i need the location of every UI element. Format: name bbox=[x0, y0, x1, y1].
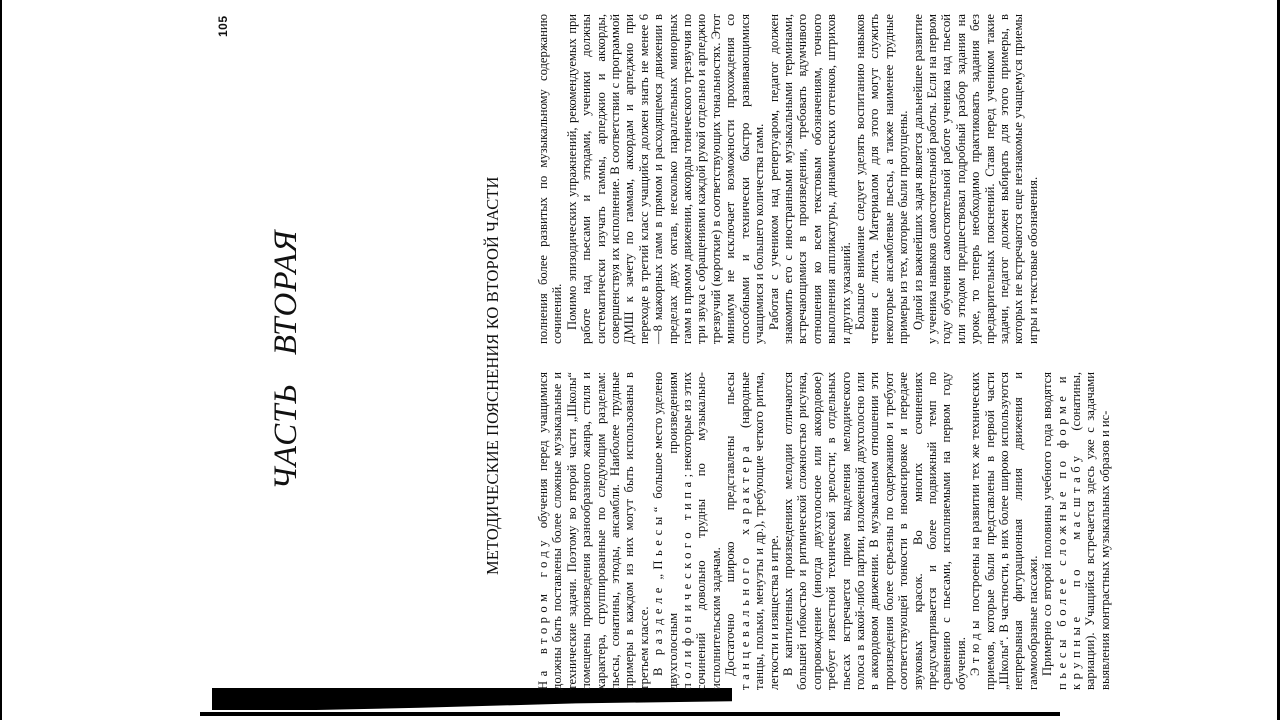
part-title-word-2: ВТОРАЯ bbox=[268, 230, 304, 356]
paragraph: В разделе „Пьесы“ большое место уделено … bbox=[651, 372, 723, 690]
paragraph: На втором году обучения перед учащимися … bbox=[536, 372, 651, 690]
paragraph: В кантиленных произведениях мелодии отли… bbox=[781, 372, 968, 690]
scanned-book-page: 105 ЧАСТЬВТОРАЯ МЕТОДИЧЕСКИЕ ПОЯСНЕНИЯ К… bbox=[200, 0, 1080, 720]
paragraph-text: Примерно со второй половины учебного год… bbox=[1040, 372, 1054, 676]
binding-shadow-line bbox=[200, 712, 1060, 716]
paragraph: Примерно со второй половины учебного год… bbox=[1040, 372, 1112, 690]
text-column-right: полнения более развитых по музыкальному … bbox=[536, 14, 1040, 344]
paragraph-text: обучения перед учащимися должны быть пос… bbox=[536, 372, 651, 690]
paragraph: Большое внимание следует уделять воспита… bbox=[853, 14, 911, 344]
page-number: 105 bbox=[216, 15, 230, 37]
emphasis-spaced: танцевального характера bbox=[738, 442, 752, 690]
binding-shadow-thick bbox=[212, 688, 732, 710]
part-title: ЧАСТЬВТОРАЯ bbox=[268, 230, 305, 490]
paragraph: Одной из важнейших задач является дальне… bbox=[911, 14, 1041, 344]
paragraph: Этюды построены на развитии тех же техни… bbox=[968, 372, 1040, 690]
text-column-left: На втором году обучения перед учащимися … bbox=[536, 372, 1112, 690]
paragraph: Работая с учеником над репертуаром, педа… bbox=[767, 14, 853, 344]
paragraph-text: Достаточно широко представлены пьесы bbox=[723, 372, 737, 676]
emphasis-spaced: полифонического типа bbox=[680, 477, 694, 690]
emphasis-quote: „Пьесы“ bbox=[651, 502, 665, 579]
scan-border-left bbox=[0, 0, 2, 720]
emphasis-spaced: На втором году bbox=[536, 536, 550, 690]
paragraph: Помимо эпизодических упражнений, рекомен… bbox=[565, 14, 767, 344]
paragraph: полнения более развитых по музыкальному … bbox=[536, 14, 565, 344]
section-heading: МЕТОДИЧЕСКИЕ ПОЯСНЕНИЯ КО ВТОРОЙ ЧАСТИ bbox=[483, 135, 503, 575]
emphasis-spaced: В разделе bbox=[651, 583, 665, 676]
emphasis-spaced: Этюды bbox=[968, 616, 982, 676]
part-title-word-1: ЧАСТЬ bbox=[268, 383, 304, 490]
paragraph: Достаточно широко представлены пьесы тан… bbox=[723, 372, 781, 690]
